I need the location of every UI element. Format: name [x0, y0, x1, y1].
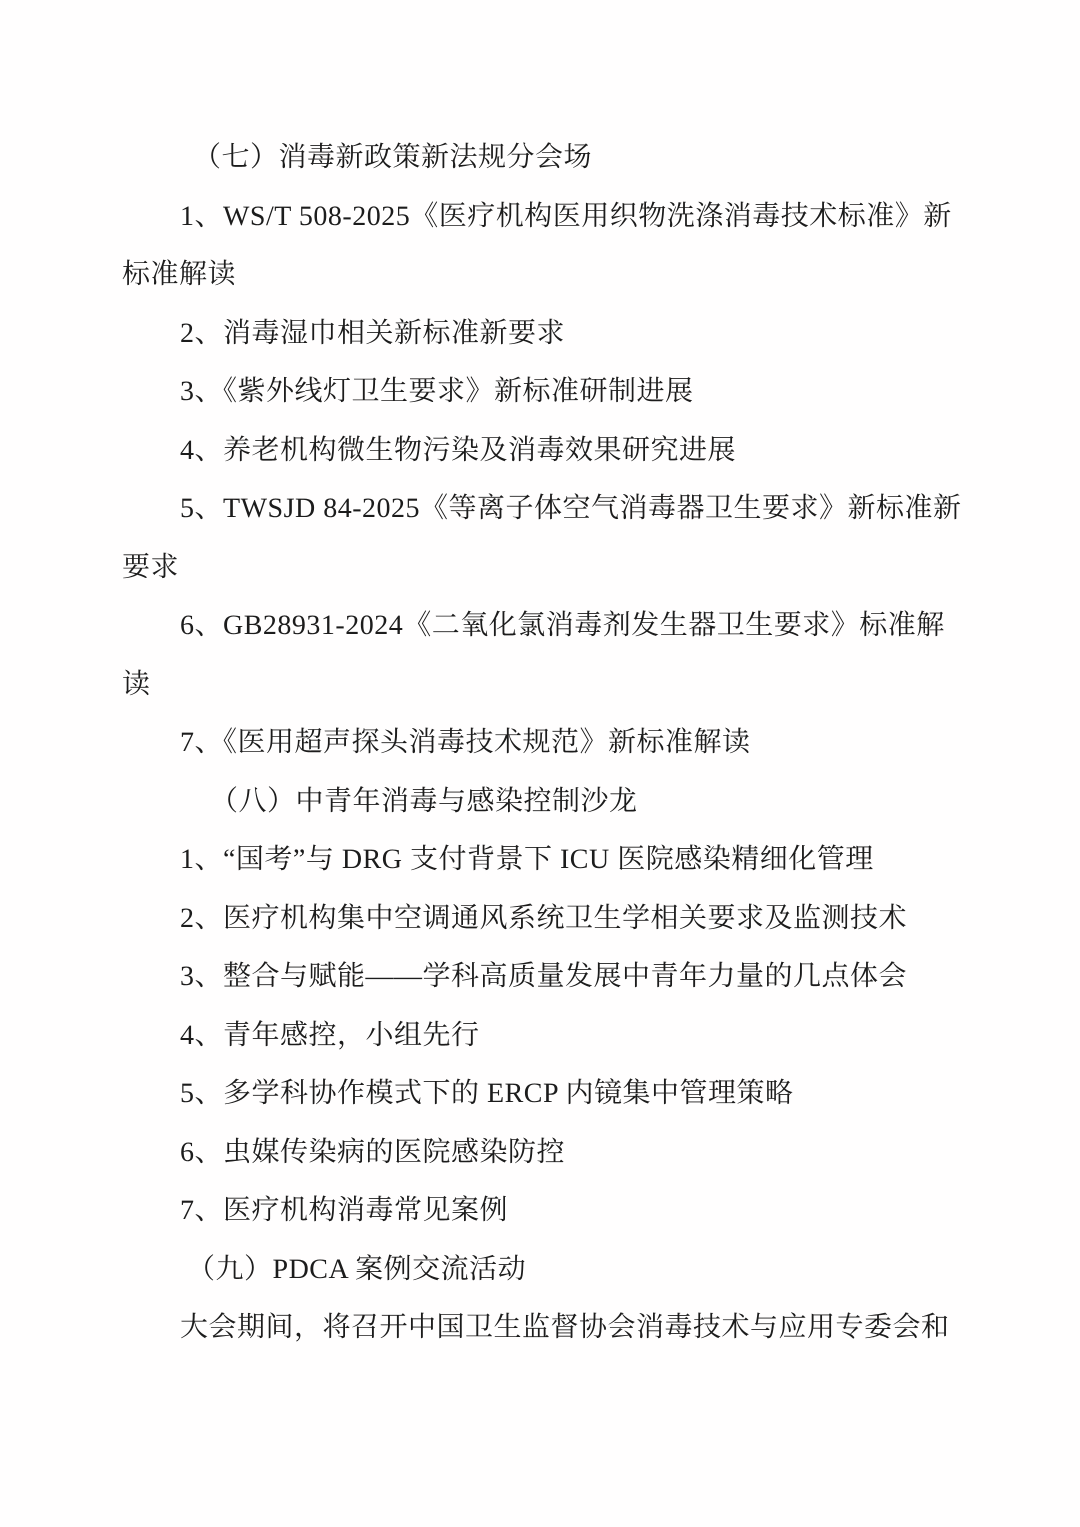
line-section-heading: （七）消毒新政策新法规分会场 — [122, 129, 958, 188]
line-list-item: 5、TWSJD 84-2025《等离子体空气消毒器卫生要求》新标准新 — [122, 480, 958, 539]
line-list-item: 5、多学科协作模式下的 ERCP 内镜集中管理策略 — [122, 1065, 958, 1124]
line-list-item: 6、虫媒传染病的医院感染防控 — [122, 1124, 958, 1183]
line-list-item-continuation: 标准解读 — [122, 246, 958, 305]
line-list-item: 2、医疗机构集中空调通风系统卫生学相关要求及监测技术 — [122, 890, 958, 949]
line-list-item: 3、《紫外线灯卫生要求》新标准研制进展 — [122, 363, 958, 422]
line-paragraph: 大会期间，将召开中国卫生监督协会消毒技术与应用专委会和 — [122, 1299, 958, 1358]
line-list-item: 4、青年感控，小组先行 — [122, 1007, 958, 1066]
line-section-heading: （八）中青年消毒与感染控制沙龙 — [122, 773, 958, 832]
document-page: （七）消毒新政策新法规分会场1、WS/T 508-2025《医疗机构医用织物洗涤… — [0, 0, 1080, 1527]
line-list-item: 7、医疗机构消毒常见案例 — [122, 1182, 958, 1241]
line-list-item: 1、“国考”与 DRG 支付背景下 ICU 医院感染精细化管理 — [122, 831, 958, 890]
line-list-item-continuation: 要求 — [122, 539, 958, 598]
line-list-item-continuation: 读 — [122, 656, 958, 715]
line-list-item: 3、整合与赋能——学科高质量发展中青年力量的几点体会 — [122, 948, 958, 1007]
line-list-item: 7、《医用超声探头消毒技术规范》新标准解读 — [122, 714, 958, 773]
line-section-heading: （九）PDCA 案例交流活动 — [122, 1241, 958, 1300]
line-list-item: 1、WS/T 508-2025《医疗机构医用织物洗涤消毒技术标准》新 — [122, 188, 958, 247]
line-list-item: 2、消毒湿巾相关新标准新要求 — [122, 305, 958, 364]
line-list-item: 4、养老机构微生物污染及消毒效果研究进展 — [122, 422, 958, 481]
line-list-item: 6、GB28931-2024《二氧化氯消毒剂发生器卫生要求》标准解 — [122, 597, 958, 656]
document-text-block: （七）消毒新政策新法规分会场1、WS/T 508-2025《医疗机构医用织物洗涤… — [122, 129, 958, 1358]
